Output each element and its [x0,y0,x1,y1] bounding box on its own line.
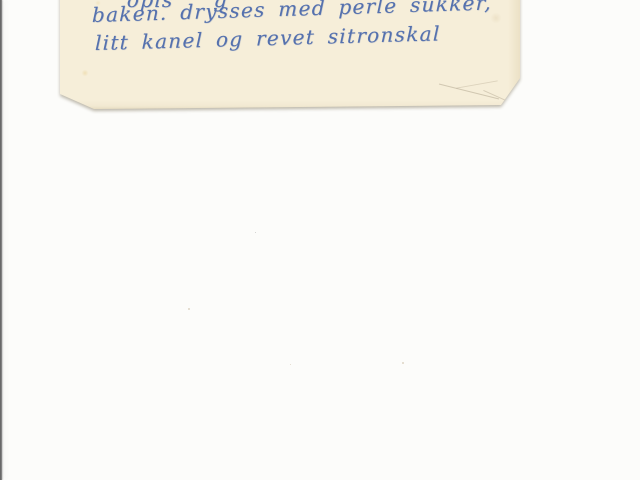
handwriting-line3: litt kanel og revet sitronskal [95,23,441,53]
scanned-page: opis g baken. drysses med perle sukker, … [0,0,640,480]
note-card-paper: opis g baken. drysses med perle sukker, … [60,0,520,110]
dust-speck [255,232,256,233]
note-card: opis g baken. drysses med perle sukker, … [60,0,520,110]
scanner-edge-strip [0,0,2,480]
dust-speck [290,364,291,365]
dust-speck [402,362,404,364]
dust-speck [188,308,190,310]
paper-crease [456,80,498,88]
